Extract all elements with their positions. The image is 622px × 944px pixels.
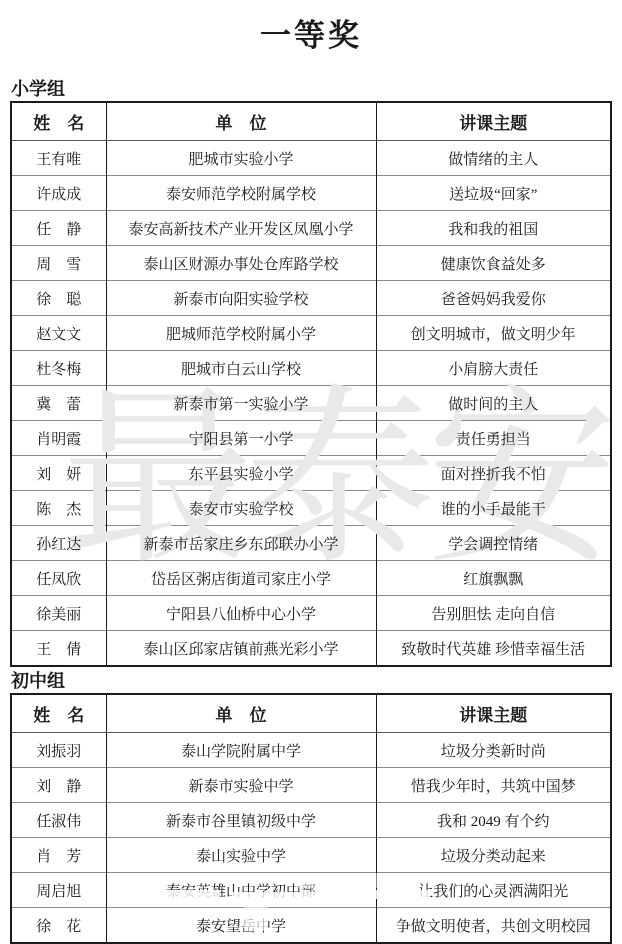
table-row: 徐美丽宁阳县八仙桥中心小学告别胆怯 走向自信 — [11, 596, 611, 631]
cell-name: 赵文文 — [11, 316, 106, 351]
cell-unit: 泰安师范学校附属学校 — [106, 176, 376, 211]
header-row: 姓 名单 位讲课主题 — [11, 102, 611, 141]
column-header-topic: 讲课主题 — [376, 102, 611, 141]
cell-name: 徐美丽 — [11, 596, 106, 631]
cell-unit: 新泰市向阳实验学校 — [106, 281, 376, 316]
cell-name: 杜冬梅 — [11, 351, 106, 386]
table-row: 王 倩泰山区邱家店镇前燕光彩小学致敬时代英雄 珍惜幸福生活 — [11, 631, 611, 667]
cell-unit: 肥城师范学校附属小学 — [106, 316, 376, 351]
cell-topic: 责任勇担当 — [376, 421, 611, 456]
column-header-name: 姓 名 — [11, 102, 106, 141]
section-label-junior: 初中组 — [11, 667, 65, 693]
cell-unit: 泰安市实验学校 — [106, 491, 376, 526]
cell-name: 徐 聪 — [11, 281, 106, 316]
cell-topic: 做时间的主人 — [376, 386, 611, 421]
cell-unit: 泰安望岳中学 — [106, 908, 376, 944]
cell-topic: 送垃圾“回家” — [376, 176, 611, 211]
cell-unit: 泰安高新技术产业开发区凤凰小学 — [106, 211, 376, 246]
table-row: 周 雪泰山区财源办事处仓库路学校健康饮食益处多 — [11, 246, 611, 281]
table-row: 杜冬梅肥城市白云山学校小肩膀大责任 — [11, 351, 611, 386]
cell-unit: 东平县实验小学 — [106, 456, 376, 491]
cell-topic: 爸爸妈妈我爱你 — [376, 281, 611, 316]
cell-topic: 垃圾分类新时尚 — [376, 733, 611, 768]
cell-topic: 争做文明使者，共创文明校园 — [376, 908, 611, 944]
cell-topic: 垃圾分类动起来 — [376, 838, 611, 873]
cell-name: 任凤欣 — [11, 561, 106, 596]
column-header-name: 姓 名 — [11, 694, 106, 733]
cell-name: 刘 静 — [11, 768, 106, 803]
cell-unit: 新泰市谷里镇初级中学 — [106, 803, 376, 838]
cell-topic: 做情绪的主人 — [376, 141, 611, 176]
cell-name: 周 雪 — [11, 246, 106, 281]
cell-name: 刘振羽 — [11, 733, 106, 768]
table-row: 任凤欣岱岳区粥店街道司家庄小学红旗飘飘 — [11, 561, 611, 596]
cell-name: 王有唯 — [11, 141, 106, 176]
cell-name: 孙红达 — [11, 526, 106, 561]
column-header-topic: 讲课主题 — [376, 694, 611, 733]
award-table-junior: 姓 名单 位讲课主题 刘振羽泰山学院附属中学垃圾分类新时尚刘 静新泰市实验中学惜… — [10, 693, 612, 944]
cell-unit: 新泰市实验中学 — [106, 768, 376, 803]
section-label-primary: 小学组 — [11, 75, 65, 101]
column-header-unit: 单 位 — [106, 694, 376, 733]
table-row: 任淑伟新泰市谷里镇初级中学我和 2049 有个约 — [11, 803, 611, 838]
cell-topic: 惜我少年时，共筑中国梦 — [376, 768, 611, 803]
cell-topic: 告别胆怯 走向自信 — [376, 596, 611, 631]
cell-name: 王 倩 — [11, 631, 106, 667]
cell-unit: 岱岳区粥店街道司家庄小学 — [106, 561, 376, 596]
cell-unit: 泰山区邱家店镇前燕光彩小学 — [106, 631, 376, 667]
table-row: 肖 芳泰山实验中学垃圾分类动起来 — [11, 838, 611, 873]
cell-topic: 创文明城市，做文明少年 — [376, 316, 611, 351]
table-header: 姓 名单 位讲课主题 — [11, 102, 611, 141]
cell-topic: 让我们的心灵洒满阳光 — [376, 873, 611, 908]
cell-unit: 肥城市白云山学校 — [106, 351, 376, 386]
cell-topic: 我和 2049 有个约 — [376, 803, 611, 838]
cell-name: 周启旭 — [11, 873, 106, 908]
cell-topic: 谁的小手最能干 — [376, 491, 611, 526]
cell-topic: 学会调控情绪 — [376, 526, 611, 561]
cell-unit: 肥城市实验小学 — [106, 141, 376, 176]
cell-topic: 小肩膀大责任 — [376, 351, 611, 386]
table-body: 王有唯肥城市实验小学做情绪的主人许成成泰安师范学校附属学校送垃圾“回家”任 静泰… — [11, 141, 611, 667]
table-row: 刘 妍东平县实验小学面对挫折我不怕 — [11, 456, 611, 491]
table-row: 许成成泰安师范学校附属学校送垃圾“回家” — [11, 176, 611, 211]
table-row: 徐 聪新泰市向阳实验学校爸爸妈妈我爱你 — [11, 281, 611, 316]
cell-unit: 泰山学院附属中学 — [106, 733, 376, 768]
page-title: 一等奖 — [0, 10, 622, 55]
table-row: 周启旭泰安英雄山中学初中部让我们的心灵洒满阳光 — [11, 873, 611, 908]
cell-name: 刘 妍 — [11, 456, 106, 491]
cell-unit: 泰安英雄山中学初中部 — [106, 873, 376, 908]
header-row: 姓 名单 位讲课主题 — [11, 694, 611, 733]
cell-topic: 红旗飘飘 — [376, 561, 611, 596]
cell-name: 任淑伟 — [11, 803, 106, 838]
cell-topic: 我和我的祖国 — [376, 211, 611, 246]
cell-name: 任 静 — [11, 211, 106, 246]
table-row: 刘振羽泰山学院附属中学垃圾分类新时尚 — [11, 733, 611, 768]
table-row: 赵文文肥城师范学校附属小学创文明城市，做文明少年 — [11, 316, 611, 351]
cell-name: 冀 蕾 — [11, 386, 106, 421]
cell-unit: 新泰市第一实验小学 — [106, 386, 376, 421]
cell-name: 徐 花 — [11, 908, 106, 944]
cell-name: 肖明霞 — [11, 421, 106, 456]
table-row: 任 静泰安高新技术产业开发区凤凰小学我和我的祖国 — [11, 211, 611, 246]
table-row: 冀 蕾新泰市第一实验小学做时间的主人 — [11, 386, 611, 421]
cell-name: 陈 杰 — [11, 491, 106, 526]
table-body: 刘振羽泰山学院附属中学垃圾分类新时尚刘 静新泰市实验中学惜我少年时，共筑中国梦任… — [11, 733, 611, 944]
table-row: 徐 花泰安望岳中学争做文明使者，共创文明校园 — [11, 908, 611, 944]
cell-name: 肖 芳 — [11, 838, 106, 873]
cell-unit: 泰山实验中学 — [106, 838, 376, 873]
column-header-unit: 单 位 — [106, 102, 376, 141]
cell-unit: 新泰市岳家庄乡东邱联办小学 — [106, 526, 376, 561]
table-row: 刘 静新泰市实验中学惜我少年时，共筑中国梦 — [11, 768, 611, 803]
cell-topic: 健康饮食益处多 — [376, 246, 611, 281]
cell-topic: 致敬时代英雄 珍惜幸福生活 — [376, 631, 611, 667]
table-row: 王有唯肥城市实验小学做情绪的主人 — [11, 141, 611, 176]
cell-topic: 面对挫折我不怕 — [376, 456, 611, 491]
table-header: 姓 名单 位讲课主题 — [11, 694, 611, 733]
table-row: 孙红达新泰市岳家庄乡东邱联办小学学会调控情绪 — [11, 526, 611, 561]
cell-unit: 泰山区财源办事处仓库路学校 — [106, 246, 376, 281]
cell-unit: 宁阳县第一小学 — [106, 421, 376, 456]
table-row: 肖明霞宁阳县第一小学责任勇担当 — [11, 421, 611, 456]
table-row: 陈 杰泰安市实验学校谁的小手最能干 — [11, 491, 611, 526]
cell-unit: 宁阳县八仙桥中心小学 — [106, 596, 376, 631]
award-table-primary: 姓 名单 位讲课主题 王有唯肥城市实验小学做情绪的主人许成成泰安师范学校附属学校… — [10, 101, 612, 667]
cell-name: 许成成 — [11, 176, 106, 211]
